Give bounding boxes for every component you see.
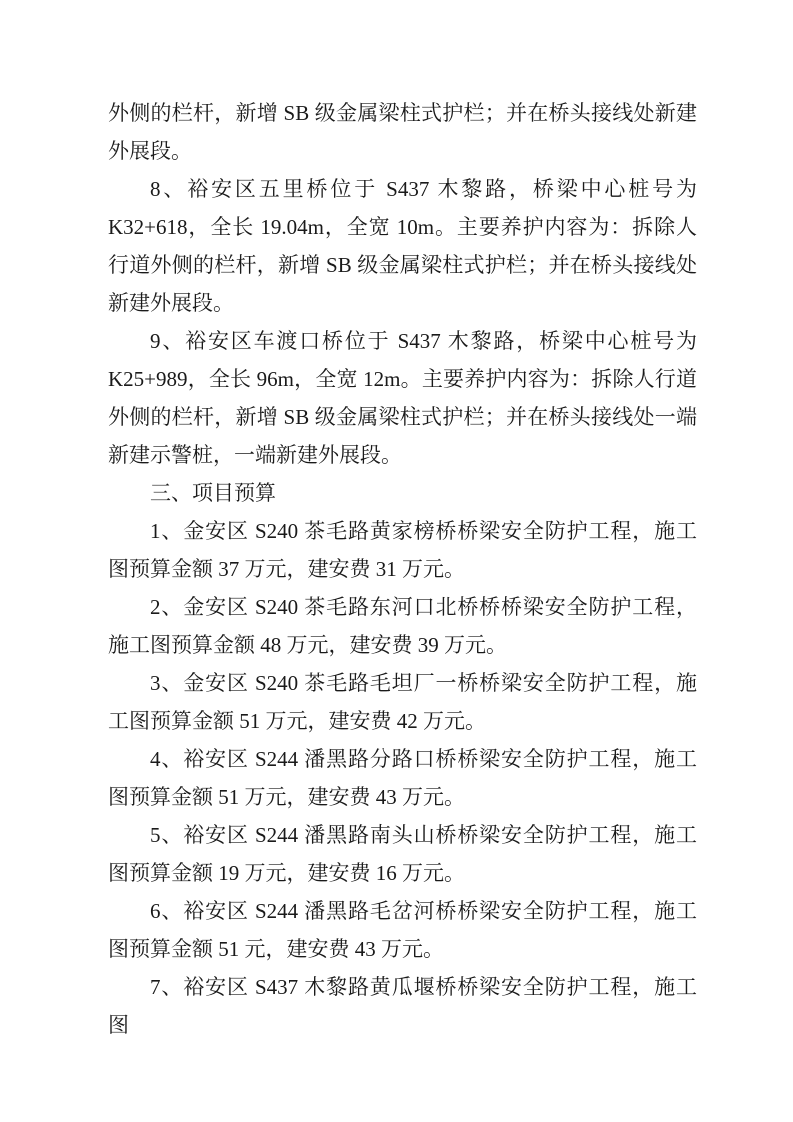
budget-item-6: 6、裕安区 S244 潘黑路毛岔河桥桥梁安全防护工程，施工图预算金额 51 元，… (108, 892, 697, 968)
section-heading-project-budget: 三、项目预算 (108, 474, 697, 512)
paragraph-continuation: 外侧的栏杆，新增 SB 级金属梁柱式护栏；并在桥头接线处新建外展段。 (108, 94, 697, 170)
budget-item-4: 4、裕安区 S244 潘黑路分路口桥桥梁安全防护工程，施工图预算金额 51 万元… (108, 740, 697, 816)
paragraph-item-8: 8、裕安区五里桥位于 S437 木黎路，桥梁中心桩号为 K32+618，全长 1… (108, 170, 697, 322)
budget-item-5: 5、裕安区 S244 潘黑路南头山桥桥梁安全防护工程，施工图预算金额 19 万元… (108, 816, 697, 892)
document-body: 外侧的栏杆，新增 SB 级金属梁柱式护栏；并在桥头接线处新建外展段。 8、裕安区… (108, 94, 697, 1044)
budget-item-2: 2、金安区 S240 茶毛路东河口北桥桥桥梁安全防护工程，施工图预算金额 48 … (108, 588, 697, 664)
paragraph-item-9: 9、裕安区车渡口桥位于 S437 木黎路，桥梁中心桩号为 K25+989，全长 … (108, 322, 697, 474)
budget-item-7-partial: 7、裕安区 S437 木黎路黄瓜堰桥桥梁安全防护工程，施工图 (108, 968, 697, 1044)
document-page: 外侧的栏杆，新增 SB 级金属梁柱式护栏；并在桥头接线处新建外展段。 8、裕安区… (0, 0, 793, 1122)
budget-item-1: 1、金安区 S240 茶毛路黄家榜桥桥梁安全防护工程，施工图预算金额 37 万元… (108, 512, 697, 588)
budget-item-3: 3、金安区 S240 茶毛路毛坦厂一桥桥梁安全防护工程，施工图预算金额 51 万… (108, 664, 697, 740)
